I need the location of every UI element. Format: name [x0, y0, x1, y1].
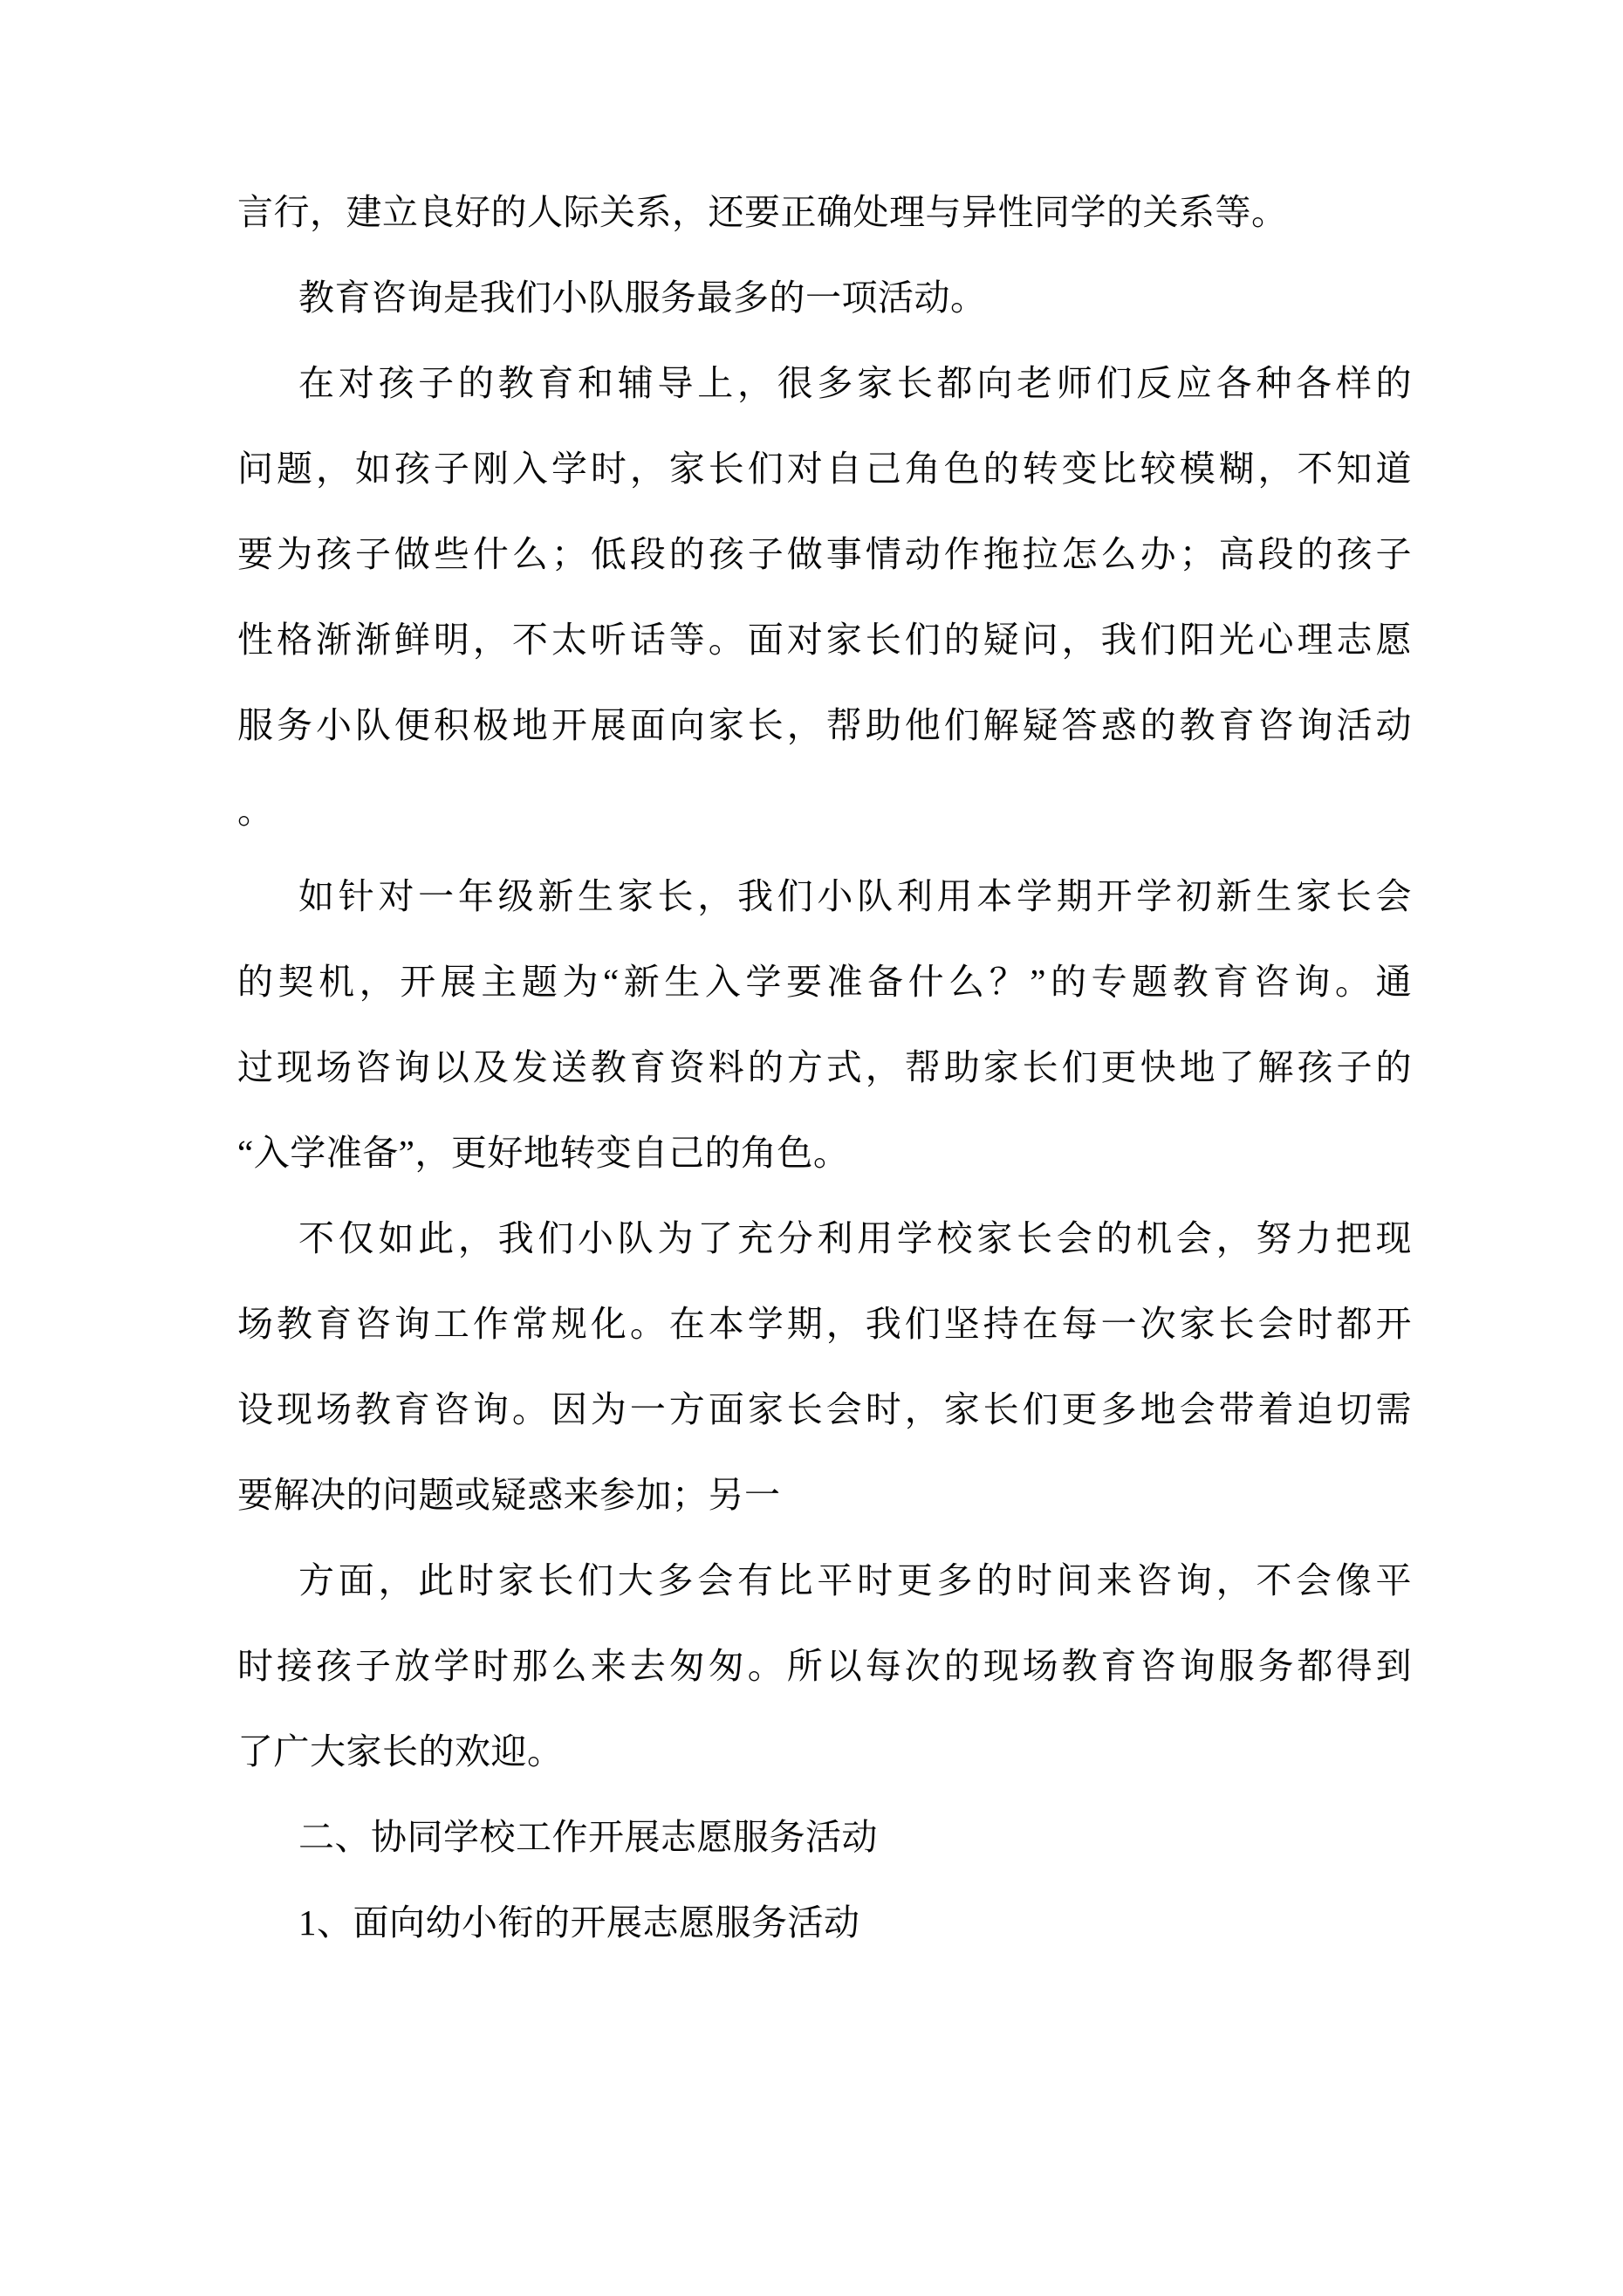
text-line: 时接孩子放学时那么来去匆匆。所以每次的现场教育咨询服务都得到	[237, 1623, 1412, 1709]
text-line: 设现场教育咨询。因为一方面家长会时，家长们更多地会带着迫切需	[237, 1367, 1412, 1452]
text-line: 问题，如孩子刚入学时，家长们对自己角色的转变比较模糊，不知道	[237, 426, 1412, 511]
text-line: 在对孩子的教育和辅导上，很多家长都向老师们反应各种各样的	[237, 340, 1412, 426]
text-line: 服务小队便积极地开展面向家长，帮助他们解疑答惑的教育咨询活动	[237, 682, 1412, 768]
document-page: 言行，建立良好的人际关系，还要正确处理与异性同学的关系等。教育咨询是我们小队服务…	[0, 0, 1623, 2296]
text-line: 场教育咨询工作常规化。在本学期，我们坚持在每一次家长会时都开	[237, 1281, 1412, 1367]
text-line: 不仅如此，我们小队为了充分利用学校家长会的机会，努力把现	[237, 1196, 1412, 1281]
text-line: 要为孩子做些什么；低段的孩子做事情动作拖拉怎么办；高段的孩子	[237, 511, 1412, 597]
text-line: 方面，此时家长们大多会有比平时更多的时间来咨询，不会像平	[237, 1538, 1412, 1623]
text-line: 的契机，开展主题为“新生入学要准备什么？”的专题教育咨询。通	[237, 939, 1412, 1025]
text-line: 二、协同学校工作开展志愿服务活动	[237, 1794, 1412, 1880]
text-line: 如针对一年级新生家长，我们小队利用本学期开学初新生家长会	[237, 853, 1412, 939]
document-text-block: 言行，建立良好的人际关系，还要正确处理与异性同学的关系等。教育咨询是我们小队服务…	[237, 169, 1412, 1965]
text-line: 。	[237, 768, 1412, 853]
text-line: 了广大家长的欢迎。	[237, 1709, 1412, 1794]
text-line: 性格渐渐鲜明，不太听话等。面对家长们的疑问，我们阳光心理志愿	[237, 597, 1412, 682]
text-line: 教育咨询是我们小队服务最多的一项活动。	[237, 255, 1412, 340]
text-line: 过现场咨询以及发送教育资料的方式，帮助家长们更快地了解孩子的	[237, 1025, 1412, 1110]
text-line: “入学准备”，更好地转变自己的角色。	[237, 1110, 1412, 1196]
text-line: 言行，建立良好的人际关系，还要正确处理与异性同学的关系等。	[237, 169, 1412, 255]
text-line: 要解决的问题或疑惑来参加；另一	[237, 1452, 1412, 1538]
text-line: 1、面向幼小衔的开展志愿服务活动	[237, 1880, 1412, 1965]
